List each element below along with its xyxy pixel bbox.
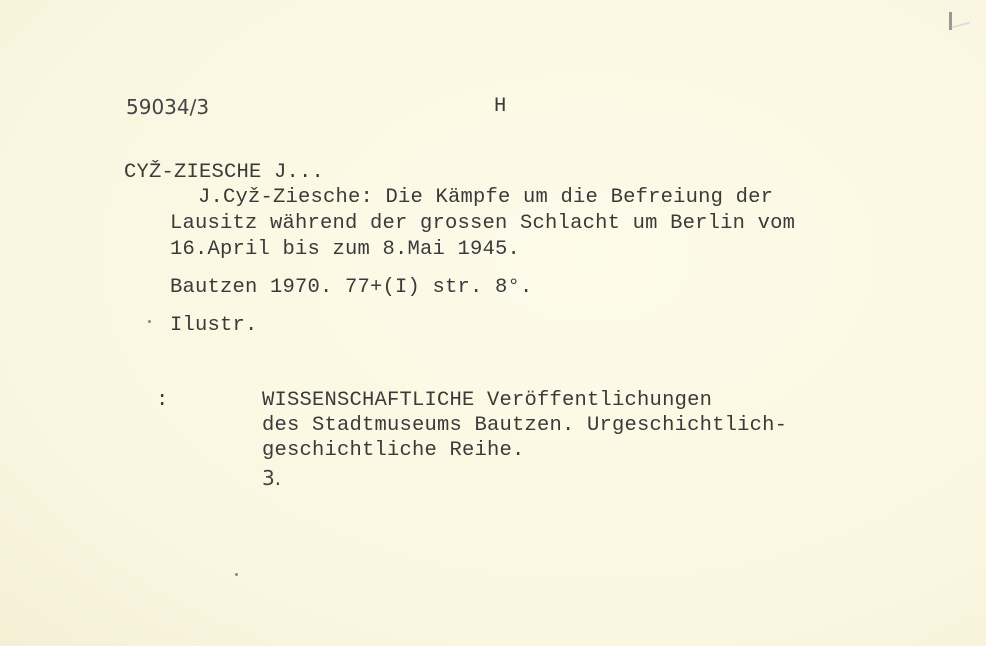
- location-mark: H: [494, 94, 507, 120]
- illustrations-note: Ilustr.: [170, 313, 258, 339]
- series-line: geschichtliche Reihe.: [262, 438, 525, 464]
- series-line: WISSENSCHAFTLICHE Veröffentlichungen: [262, 388, 712, 414]
- title-line: 16.April bis zum 8.Mai 1945.: [170, 237, 520, 263]
- catalog-card: 59034/3 H CYŽ-ZIESCHE J... J.Cyž-Ziesche…: [0, 0, 986, 646]
- title-line: J.Cyž-Ziesche: Die Kämpfe um die Befreiu…: [198, 185, 773, 211]
- series-line: des Stadtmuseums Bautzen. Urgeschichtlic…: [262, 413, 787, 439]
- series-number: 3.: [262, 465, 281, 491]
- call-number: 59034/3: [126, 94, 209, 120]
- author-heading: CYŽ-ZIESCHE J...: [124, 160, 324, 186]
- speck: [235, 573, 238, 576]
- title-line: Lausitz während der grossen Schlacht um …: [170, 211, 795, 237]
- imprint: Bautzen 1970. 77+(I) str. 8°.: [170, 275, 533, 301]
- speck: [148, 320, 151, 323]
- pencil-mark-stroke: [952, 22, 970, 29]
- series-marker: :: [156, 388, 169, 414]
